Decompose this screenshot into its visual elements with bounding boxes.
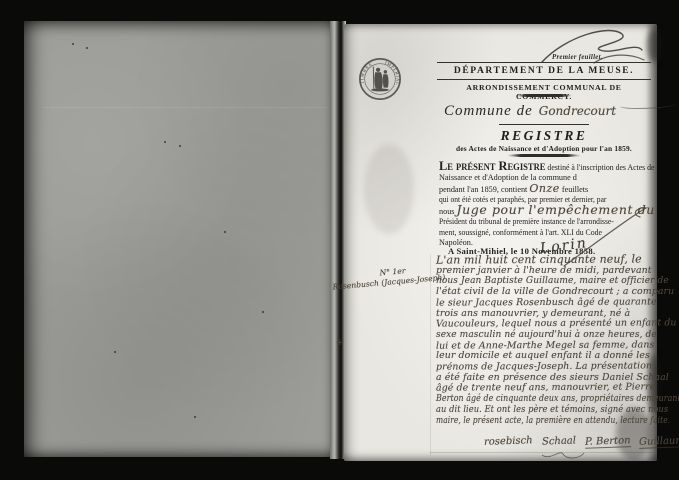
page-crease	[43, 107, 327, 108]
signature-witness-1: Schaal	[541, 435, 575, 447]
ornament-rule	[507, 154, 581, 157]
arrondissement-title: ARRONDISSEMENT COMMUNAL DE COMMERCY.	[437, 83, 651, 101]
declaration-line: Le présent Registre destiné à l'inscript…	[439, 161, 642, 173]
act-line: prénoms de Jacques-Joseph. La présentati…	[436, 361, 658, 373]
left-page	[24, 21, 333, 457]
registre-title: REGISTRE	[437, 128, 651, 144]
act-line: nous Jean Baptiste Guillaume, maire et o…	[436, 276, 649, 287]
registry-book-scan: Premier feuillet. TIMBRE IMPÉRIAL	[0, 0, 679, 480]
commune-line: Commune de Gondrecourt	[444, 100, 654, 120]
act-line: le sieur Jacques Rosenbusch âgé de quara…	[436, 297, 658, 309]
signature-father: rosebisch	[484, 435, 533, 448]
signatures-row: rosebisch Schaal P. Berton Guillaume	[484, 436, 654, 448]
ornament-rule	[516, 94, 572, 97]
commune-printed-label: Commune de	[444, 103, 533, 119]
signature-witness-2: P. Berton	[584, 435, 630, 449]
header-rule-mid	[437, 79, 651, 80]
registre-subtitle: des Actes de Naissance et d'Adoption pou…	[437, 144, 651, 153]
act-line: lui et de Anne-Marthe Megel sa femme, da…	[436, 340, 658, 352]
margin-cross-mark: +	[336, 338, 344, 348]
signature-mayor: Guillaume	[639, 435, 679, 449]
act-line: maire, le présent acte, la première en a…	[436, 416, 614, 427]
declaration-line: pendant l'an 1859, contient Onze feuille…	[439, 184, 653, 195]
paraph-flourish	[538, 22, 650, 66]
act-line: L'an mil huit cent cinquante neuf, le	[436, 254, 658, 266]
paper-stain	[364, 144, 414, 234]
commune-handwritten-name: Gondrecourt	[539, 104, 616, 118]
handwriting-flourish	[620, 100, 678, 109]
right-page: Premier feuillet. TIMBRE IMPÉRIAL	[344, 24, 657, 461]
header-rule-top	[437, 62, 651, 63]
imperial-timbre-stamp: TIMBRE IMPÉRIAL	[357, 56, 403, 102]
page-fold-line	[430, 254, 431, 456]
birth-act-text: L'an mil huit cent cinquante neuf, le pr…	[436, 255, 658, 426]
feuillets-count-handwritten: Onze	[529, 182, 559, 195]
signature-loop-flourish	[540, 448, 586, 462]
registre-rule	[499, 124, 589, 125]
departement-title: DÉPARTEMENT DE LA MEUSE.	[437, 66, 651, 76]
